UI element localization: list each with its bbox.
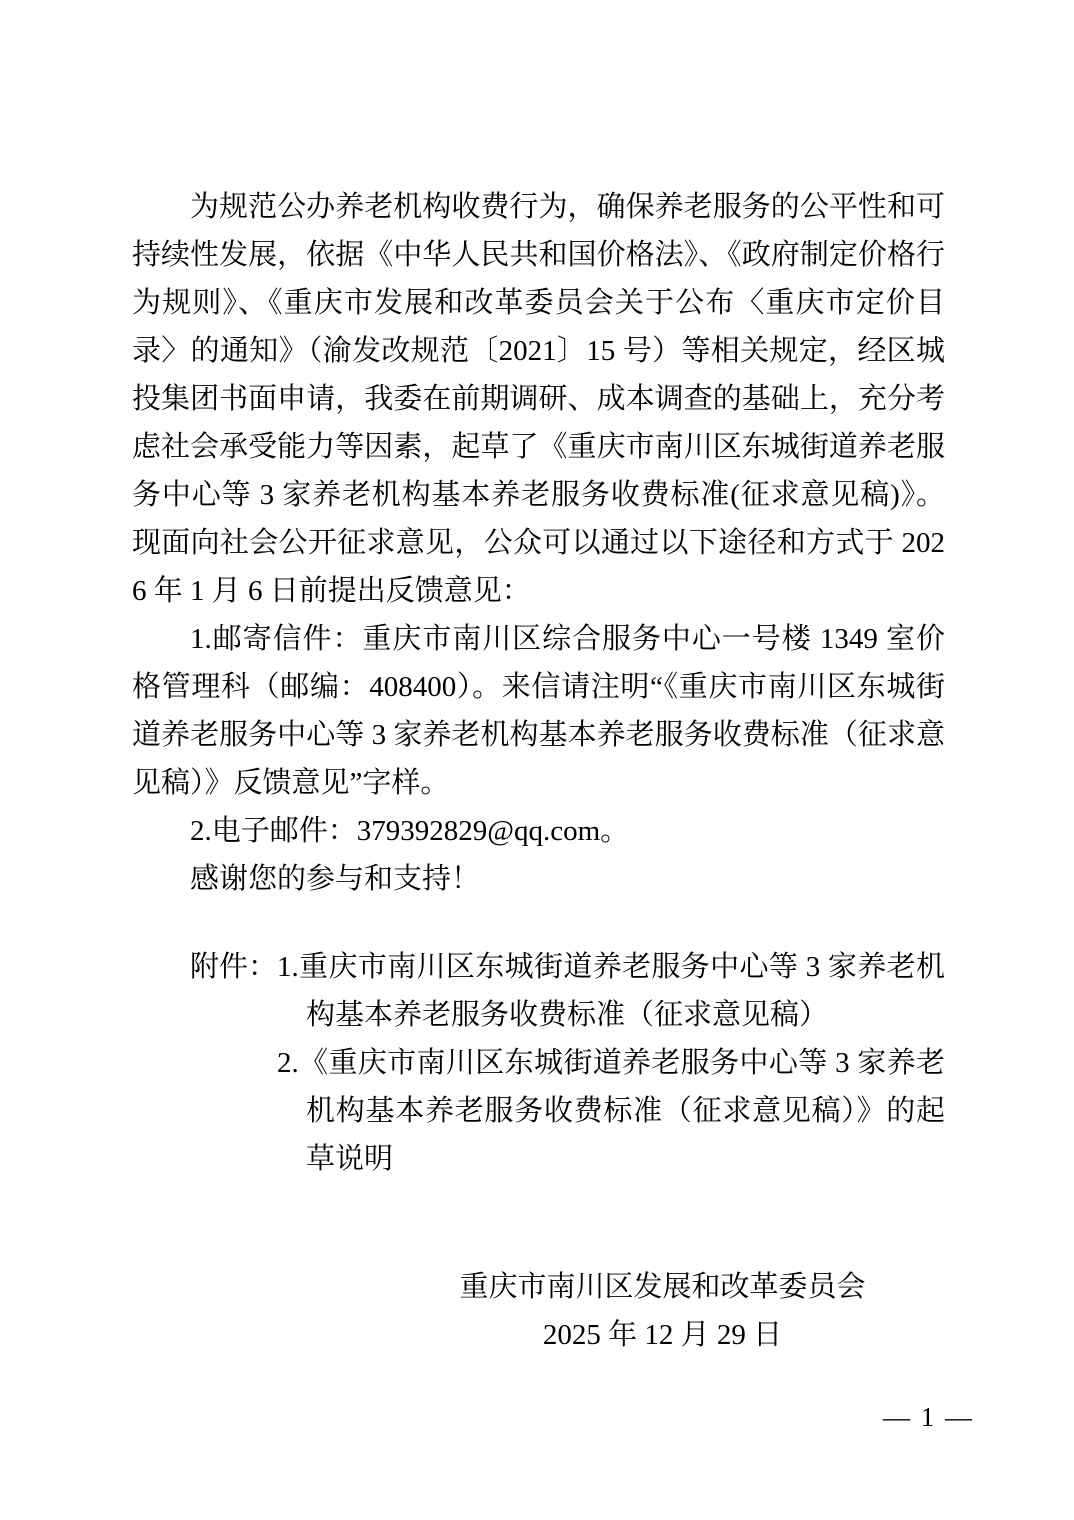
document-page: 为规范公办养老机构收费行为，确保养老服务的公平性和可持续性发展，依据《中华人民共… xyxy=(0,0,1074,1520)
attachments-block: 附件： 1.重庆市南川区东城街道养老服务中心等 3 家养老机构基本养老服务收费标… xyxy=(190,943,945,1183)
attachment-item-2: 2.《重庆市南川区东城街道养老服务中心等 3 家养老机构基本养老服务收费标准（征… xyxy=(277,1039,945,1183)
signature-block: 重庆市南川区发展和改革委员会 2025 年 12 月 29 日 xyxy=(380,1263,945,1359)
issuer-name: 重庆市南川区发展和改革委员会 xyxy=(380,1263,945,1311)
paragraph-intro: 为规范公办养老机构收费行为，确保养老服务的公平性和可持续性发展，依据《中华人民共… xyxy=(132,183,945,615)
paragraph-thanks: 感谢您的参与和支持！ xyxy=(132,855,945,903)
attachment-item-1: 1.重庆市南川区东城街道养老服务中心等 3 家养老机构基本养老服务收费标准（征求… xyxy=(277,943,945,1039)
attachments-label: 附件： xyxy=(190,943,277,1183)
paragraph-mail-channel: 1.邮寄信件：重庆市南川区综合服务中心一号楼 1349 室价格管理科（邮编：40… xyxy=(132,615,945,807)
paragraph-email-channel: 2.电子邮件：379392829@qq.com。 xyxy=(132,807,945,855)
attachments-list: 1.重庆市南川区东城街道养老服务中心等 3 家养老机构基本养老服务收费标准（征求… xyxy=(277,943,945,1183)
document-body: 为规范公办养老机构收费行为，确保养老服务的公平性和可持续性发展，依据《中华人民共… xyxy=(132,183,945,1359)
issue-date: 2025 年 12 月 29 日 xyxy=(380,1311,945,1359)
page-number: — 1 — xyxy=(883,1402,974,1433)
